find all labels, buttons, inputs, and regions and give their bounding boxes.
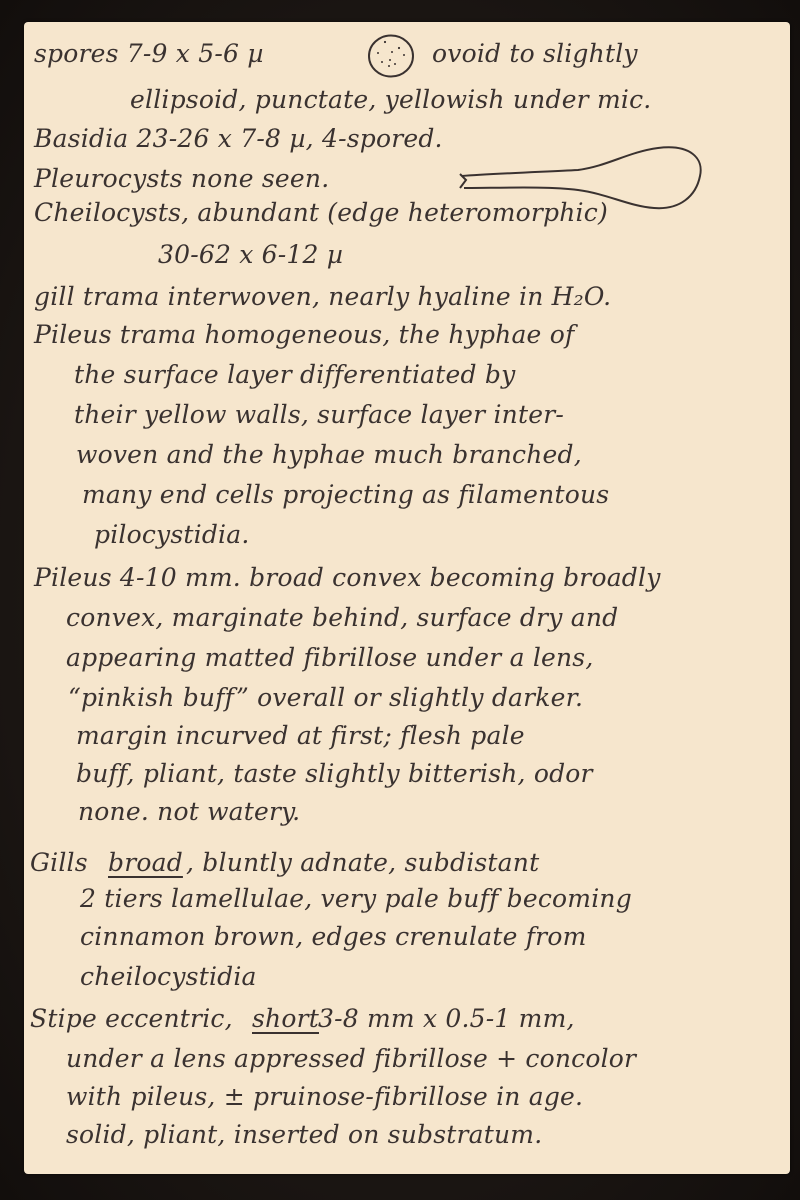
spore-sketch-icon — [366, 32, 416, 80]
index-card: spores 7-9 x 5-6 µovoid to slightlyellip… — [24, 22, 790, 1174]
note-line-stipe-4: solid, pliant, inserted on substratum. — [66, 1120, 542, 1149]
note-line-pileus-trama-3: their yellow walls, surface layer inter- — [74, 400, 564, 429]
note-line-pileus-trama-5: many end cells projecting as filamentous — [82, 480, 609, 509]
note-line-spores-1b: ovoid to slightly — [432, 39, 638, 68]
note-line-pileus-trama-2: the surface layer differentiated by — [74, 360, 515, 389]
note-line-stipe-1c: 3-8 mm x 0.5-1 mm, — [318, 1004, 575, 1033]
note-line-gills-1a: Gills — [30, 848, 88, 877]
note-line-pileus-trama-1: Pileus trama homogeneous, the hyphae of — [34, 320, 574, 349]
note-line-gills-3: cinnamon brown, edges crenulate from — [80, 922, 586, 951]
note-line-cheilo-1: Cheilocysts, abundant (edge heteromorphi… — [34, 198, 608, 227]
note-line-pileus-4: “pinkish buff” overall or slightly darke… — [68, 683, 583, 712]
note-line-stipe-2: under a lens appressed fibrillose + conc… — [66, 1044, 636, 1073]
note-line-pileus-1: Pileus 4-10 mm. broad convex becoming br… — [34, 563, 661, 592]
note-line-pileus-5: margin incurved at first; flesh pale — [76, 721, 525, 750]
note-line-cheilo-2: 30-62 x 6-12 µ — [158, 240, 343, 269]
note-line-spores-1: spores 7-9 x 5-6 µ — [34, 39, 264, 68]
note-line-gills-1c: , bluntly adnate, subdistant — [186, 848, 539, 877]
note-line-pileus-7: none. not watery. — [78, 797, 300, 826]
note-line-gill-trama: gill trama interwoven, nearly hyaline in… — [34, 282, 611, 311]
note-line-pileus-trama-6: pilocystidia. — [94, 520, 250, 549]
note-line-pleuro: Pleurocysts none seen. — [34, 164, 329, 193]
note-line-pileus-2: convex, marginate behind, surface dry an… — [66, 603, 618, 632]
note-line-gills-1b: broad — [108, 848, 183, 877]
note-line-pileus-6: buff, pliant, taste slightly bitterish, … — [76, 759, 593, 788]
note-line-basidia: Basidia 23-26 x 7-8 µ, 4-spored. — [34, 124, 443, 153]
note-line-spores-2: ellipsoid, punctate, yellowish under mic… — [130, 85, 651, 114]
note-line-gills-4: cheilocystidia — [80, 962, 257, 991]
note-line-stipe-1a: Stipe eccentric, — [30, 1004, 233, 1033]
note-line-stipe-1b: short — [252, 1004, 319, 1033]
note-line-pileus-3: appearing matted fibrillose under a lens… — [66, 643, 594, 672]
note-line-gills-2: 2 tiers lamellulae, very pale buff becom… — [80, 884, 632, 913]
note-line-pileus-trama-4: woven and the hyphae much branched, — [76, 440, 582, 469]
note-line-stipe-3: with pileus, ± pruinose-fibrillose in ag… — [66, 1082, 583, 1111]
